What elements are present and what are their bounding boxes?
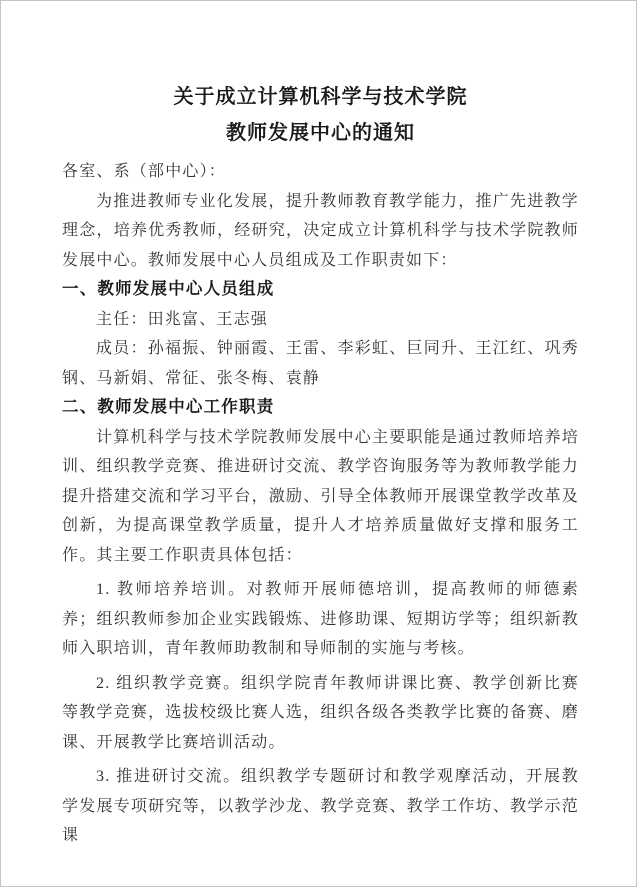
duty-item-2: 2. 组织教学竞赛。组织学院青年教师讲课比赛、教学创新比赛等教学竞赛，选拔校级比… [62,669,579,758]
document-title: 关于成立计算机科学与技术学院 教师发展中心的通知 [62,79,579,151]
section-2-heading: 二、教师发展中心工作职责 [62,393,579,423]
duty-item-1: 1. 教师培养培训。对教师开展师德培训，提高教师的师德素养；组织教师参加企业实践… [62,575,579,664]
document-page: 关于成立计算机科学与技术学院 教师发展中心的通知 各室、系（部中心）： 为推进教… [0,0,637,887]
duty-item-3: 3. 推进研讨交流。组织教学专题研讨和教学观摩活动，开展教学发展专项研究等，以教… [62,762,579,851]
members-line: 成员：孙福振、钟丽霞、王雷、李彩虹、巨同升、王江红、巩秀钢、马新娟、常征、张冬梅… [62,334,579,393]
document-title-line-2: 教师发展中心的通知 [62,115,579,151]
salutation-line: 各室、系（部中心）： [62,157,579,187]
director-line: 主任：田兆富、王志强 [62,305,579,335]
document-title-line-1: 关于成立计算机科学与技术学院 [62,79,579,115]
section-1-heading: 一、教师发展中心人员组成 [62,275,579,305]
duties-overview-paragraph: 计算机科学与技术学院教师发展中心主要职能是通过教师培养培训、组织教学竞赛、推进研… [62,423,579,571]
intro-paragraph: 为推进教师专业化发展，提升教师教育教学能力，推广先进教学理念，培养优秀教师，经研… [62,187,579,276]
